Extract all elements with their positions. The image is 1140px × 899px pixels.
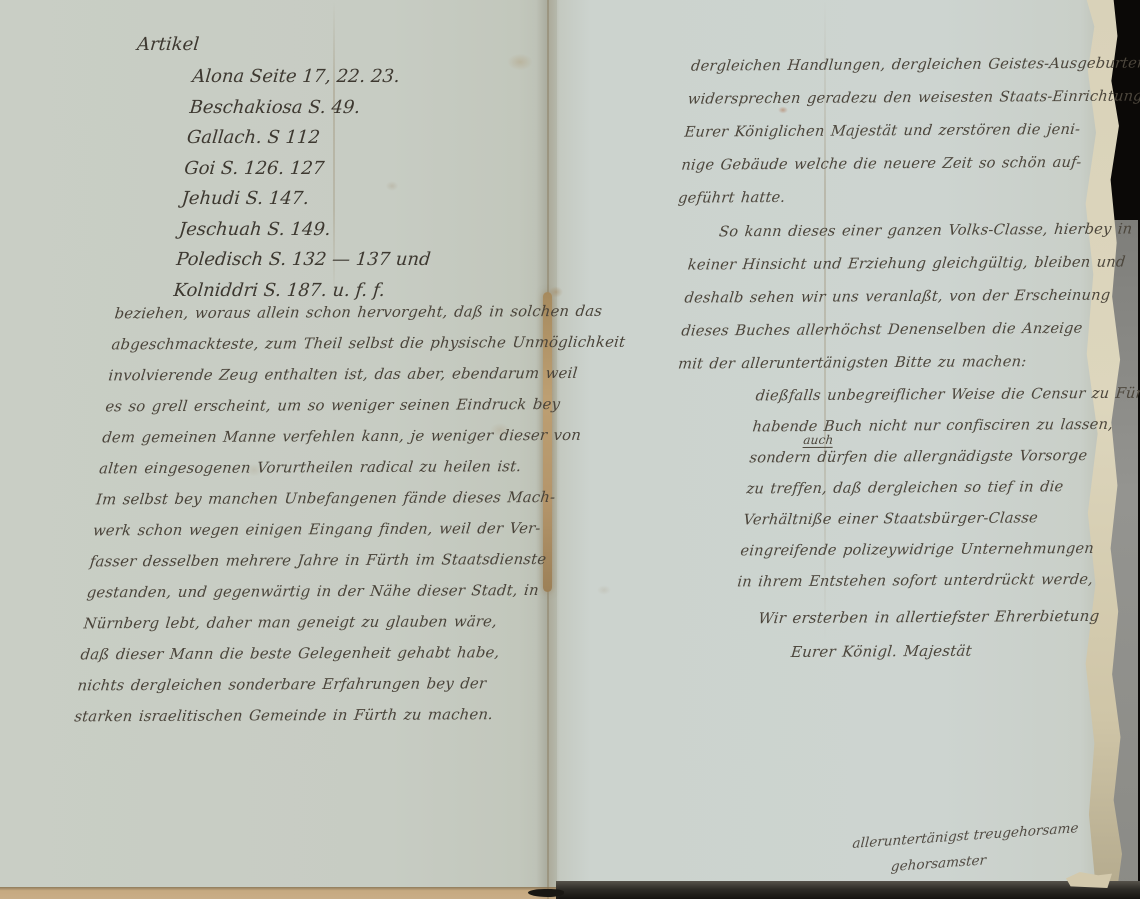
manuscript-line: in ihrem Entstehen sofort unterdrückt we…: [735, 571, 1140, 605]
manuscript-line: eingreifende polizeywidrige Unternehmung…: [738, 540, 1140, 574]
manuscript-line: dem gemeinen Manne verfehlen kann, je we…: [100, 427, 617, 461]
manuscript-line: daß dieser Mann die beste Gelegenheit ge…: [78, 644, 595, 678]
manuscript-line: abgeschmackteste, zum Theil selbst die p…: [109, 334, 626, 368]
manuscript-line: nige Gebäude welche die neuere Zeit so s…: [679, 153, 1140, 189]
manuscript-line: Nürnberg lebt, daher man geneigt zu glau…: [81, 613, 598, 647]
index-heading: Artikel: [135, 34, 450, 66]
manuscript-line: mit der alleruntertänigsten Bitte zu mac…: [676, 352, 1120, 388]
index-entry: Jehudi S. 147.: [180, 188, 437, 219]
manuscript-line: Wir ersterben in allertiefster Ehrerbiet…: [756, 607, 1100, 643]
manuscript-line: Eurer Königlichen Majestät und zerstören…: [682, 120, 1140, 156]
interlinear-insertion: auch: [803, 433, 835, 448]
manuscript-line: gestanden, und gegenwärtig in der Nähe d…: [85, 582, 602, 616]
index-entry: Beschakiosa S. 49.: [188, 97, 445, 128]
closing-formula: Wir ersterben in allertiefster Ehrerbiet…: [753, 607, 1101, 677]
index-entry: Jeschuah S. 149.: [177, 219, 434, 250]
index-entry: Poledisch S. 132 — 137 und: [175, 249, 432, 280]
right-page-paragraph-2: So kann dieses einer ganzen Volks-Classe…: [676, 220, 1133, 388]
manuscript-line: alten eingesogenen Vorurtheilen radical …: [97, 458, 614, 492]
index-entry: Goi S. 126. 127: [183, 158, 440, 189]
manuscript-line: nichts dergleichen sonderbare Erfahrunge…: [75, 675, 592, 709]
bottom-page-edge-left: [0, 887, 576, 899]
manuscript-line: dergleichen Handlungen, dergleichen Geis…: [689, 54, 1140, 90]
manuscript-line: werk schon wegen einigen Eingang finden,…: [91, 520, 608, 554]
bottom-shadow-right: [556, 881, 1140, 899]
manuscript-line: keiner Hinsicht und Erziehung gleichgült…: [685, 253, 1129, 289]
bottom-edge-mark: [528, 889, 564, 897]
left-page-body: beziehen, woraus allein schon hervorgeht…: [72, 303, 629, 740]
book-scan: Artikel Alona Seite 17, 22. 23. Beschaki…: [0, 0, 1140, 899]
manuscript-line: deshalb sehen wir uns veranlaßt, von der…: [682, 286, 1126, 322]
manuscript-line: Eurer Königl. Majestät: [753, 641, 1097, 677]
index-list: Alona Seite 17, 22. 23. Beschakiosa S. 4…: [172, 66, 448, 310]
manuscript-line: dieses Buches allerhöchst Denenselben di…: [679, 319, 1123, 355]
manuscript-line: sondern dürfen die allergnädigste Vorsor…: [747, 447, 1140, 481]
manuscript-line: Verhältniße einer Staatsbürger-Classe: [741, 509, 1140, 543]
manuscript-line: geführt hatte.: [676, 186, 1140, 222]
manuscript-line: So kann dieses einer ganzen Volks-Classe…: [689, 220, 1133, 256]
manuscript-line: fasser desselben mehrere Jahre in Fürth …: [88, 551, 605, 585]
manuscript-line: starken israelitischen Gemeinde in Fürth…: [72, 706, 589, 740]
petition-block: auch dießfalls unbegreiflicher Weise die…: [735, 385, 1140, 605]
manuscript-line: es so grell erscheint, um so weniger sei…: [103, 396, 620, 430]
manuscript-line: beziehen, woraus allein schon hervorgeht…: [112, 303, 629, 337]
manuscript-line: involvierende Zeug enthalten ist, das ab…: [106, 365, 623, 399]
manuscript-line: dießfalls unbegreiflicher Weise die Cens…: [753, 385, 1140, 419]
manuscript-line: zu treffen, daß dergleichen so tief in d…: [744, 478, 1140, 512]
right-page-paragraph-1: dergleichen Handlungen, dergleichen Geis…: [676, 54, 1140, 222]
article-index: Artikel Alona Seite 17, 22. 23. Beschaki…: [114, 34, 450, 310]
index-entry: Gallach. S 112: [185, 127, 442, 158]
index-entry: Alona Seite 17, 22. 23.: [191, 66, 448, 97]
manuscript-line: widersprechen geradezu den weisesten Sta…: [685, 87, 1140, 123]
manuscript-line: Im selbst bey manchen Unbefangenen fände…: [94, 489, 611, 523]
